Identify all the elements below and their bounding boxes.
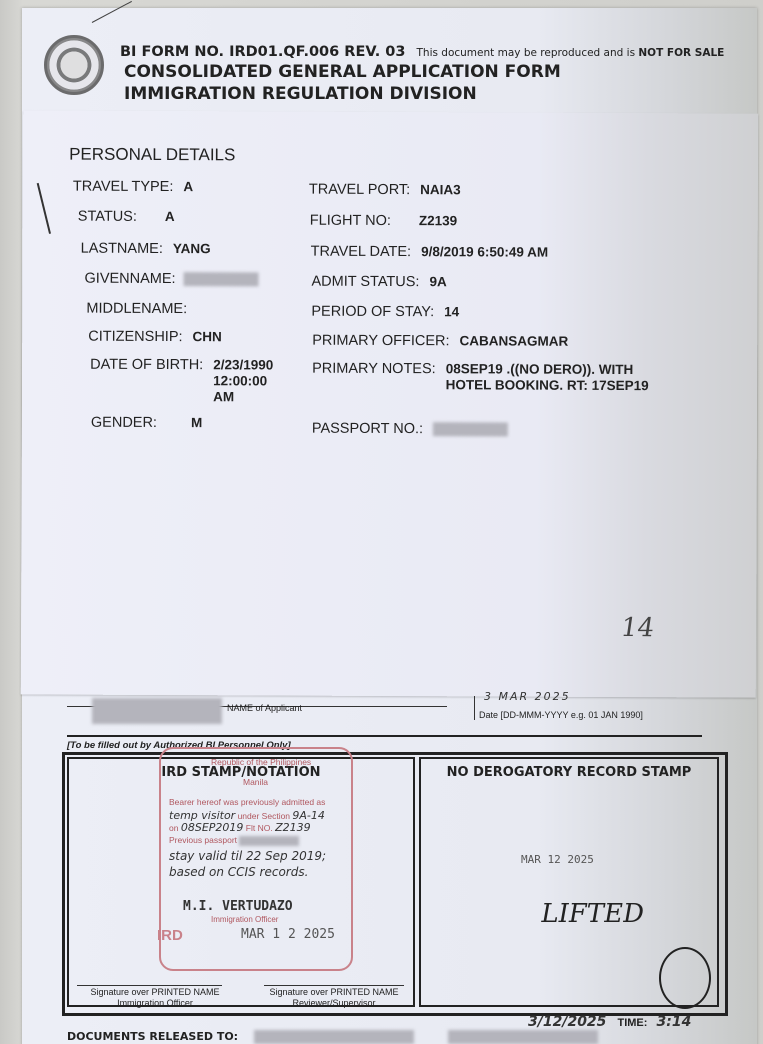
pen-mark <box>37 183 51 234</box>
field-citizenship: CITIZENSHIP:CHN <box>88 329 222 346</box>
field-travel-date: TRAVEL DATE:9/8/2019 6:50:49 AM <box>311 244 549 261</box>
bureau-seal-icon <box>44 35 104 95</box>
ird-stamp: Republic of the Philippines Manila Beare… <box>159 747 353 971</box>
form-title: CONSOLIDATED GENERAL APPLICATION FORM <box>124 62 561 82</box>
officer-name: M.I. VERTUDAZO <box>183 899 293 914</box>
documents-released-to: DOCUMENTS RELEASED TO: <box>67 1030 598 1044</box>
ndr-stamp-box: NO DEROGATORY RECORD STAMP MAR 12 2025 L… <box>419 757 719 1007</box>
date-label: Date [DD-MMM-YYYY e.g. 01 JAN 1990] <box>479 710 643 720</box>
field-admit-status: ADMIT STATUS:9A <box>311 274 446 291</box>
redacted-signature <box>92 698 222 724</box>
field-lastname: LASTNAME:YANG <box>81 241 211 258</box>
field-middlename: MIDDLENAME: <box>86 301 187 317</box>
handwritten-mark: 14 <box>619 613 656 643</box>
sig-label-supervisor: Signature over PRINTED NAMEReviewer/Supe… <box>259 987 409 1009</box>
divider <box>67 735 702 737</box>
applicant-name-label: NAME of Applicant <box>227 703 302 713</box>
redacted-value <box>184 272 259 286</box>
field-primary-notes: PRIMARY NOTES:08SEP19 .((NO DERO)). WITH… <box>312 361 656 394</box>
ndr-stamp-date: MAR 12 2025 <box>521 853 594 866</box>
personal-details-sheet: PERSONAL DETAILS TRAVEL TYPE:A STATUS:A … <box>21 110 759 697</box>
sig-label-officer: Signature over PRINTED NAMEImmigration O… <box>75 987 235 1009</box>
form-lower-section: NAME of Applicant 3 MAR 2025 Date [DD-MM… <box>22 696 757 1044</box>
field-givenname: GIVENNAME: <box>85 271 259 288</box>
form-header: BI FORM NO. IRD01.QF.006 REV. 03 This do… <box>22 20 757 115</box>
applicant-date-handwritten: 3 MAR 2025 <box>484 690 571 703</box>
release-date-time: 3/12/2025 TIME: 3:14 <box>522 1014 691 1030</box>
stamp-date: MAR 1 2 2025 <box>241 927 335 942</box>
ndr-stamp-title: NO DEROGATORY RECORD STAMP <box>421 765 717 780</box>
field-primary-officer: PRIMARY OFFICER:CABANSAGMAR <box>312 333 568 350</box>
ird-stamp-box: IRD STAMP/NOTATION Republic of the Phili… <box>67 757 415 1007</box>
field-status: STATUS:A <box>78 209 175 225</box>
initials-mark <box>659 947 711 1009</box>
field-gender: GENDER:M <box>91 415 202 431</box>
section-title: PERSONAL DETAILS <box>69 145 235 166</box>
form-number: BI FORM NO. IRD01.QF.006 REV. 03 This do… <box>120 44 724 60</box>
ndr-handwritten: LIFTED <box>538 899 646 929</box>
field-travel-type: TRAVEL TYPE:A <box>73 179 193 196</box>
redacted-value <box>433 422 508 436</box>
form-division: IMMIGRATION REGULATION DIVISION <box>124 84 477 104</box>
stamp-boxes: IRD STAMP/NOTATION Republic of the Phili… <box>62 752 728 1016</box>
field-period-of-stay: PERIOD OF STAY:14 <box>311 304 459 321</box>
field-passport-no: PASSPORT NO.: <box>312 421 508 438</box>
field-travel-port: TRAVEL PORT:NAIA3 <box>309 182 461 199</box>
field-flight-no: FLIGHT NO:Z2139 <box>310 213 457 230</box>
form-note: This document may be reproduced and is N… <box>417 47 725 59</box>
field-date-of-birth: DATE OF BIRTH:2/23/1990 12:00:00 AM <box>90 357 281 406</box>
